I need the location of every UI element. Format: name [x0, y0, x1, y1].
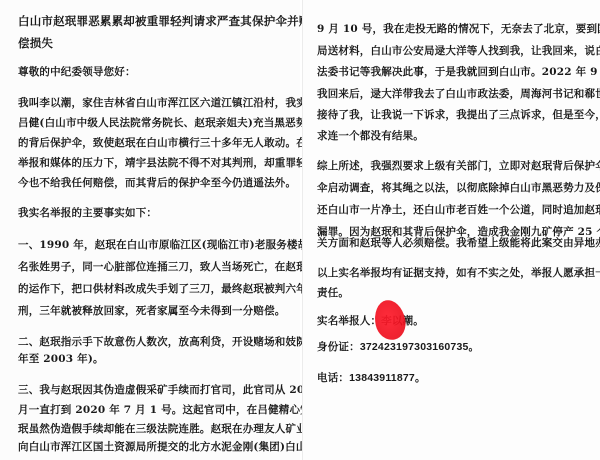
fact1-line: 名张姓男子，同一心脏部位连捅三刀，致人当场死亡，在赵珉保护伞	[18, 257, 339, 277]
para2-line: 伞启动调查，将其绳之以法，以彻底除掉白山市黑恶势力及保护伞，	[317, 178, 600, 198]
para2-line: 关方面和赵珉等人必须赔偿。我希望上级能将此案交由异地办理。	[317, 233, 600, 253]
signer-label: 实名举报人：	[317, 315, 381, 327]
letter-page-right: 9 月 10 号，我在走投无路的情况下，无奈去了北京，要到国家信访 局送材料，白…	[302, 0, 600, 460]
salutation: 尊敬的中纪委领导您好：	[18, 62, 136, 82]
fact3-line: 向白山市浑江区国土资源局所提交的北方水泥金刚(集团)白山水泥	[18, 437, 328, 457]
para1-line: 我回来后，逯大洋带我去了白山市政法委，周海河书记和郗世良书记	[317, 84, 600, 104]
intro-line: 吕健(白山市中级人民法院常务院长、赵珉亲姐夫)充当黑恶势力赵珉	[18, 113, 339, 133]
facts-heading: 我实名举报的主要事实如下：	[18, 203, 157, 223]
para3-line: 以上实名举报均有证据支持，如有不实之处，举报人愿承担一切法律	[317, 263, 600, 283]
phone-label: 电话：	[317, 372, 349, 384]
intro-line: 举报和媒体的压力下，靖宇县法院不得不对其判刑，却重罪轻判，至	[18, 153, 339, 173]
letter-page-left: 白山市赵珉罪恶累累却被重罪轻判请求严查其保护伞并赔 偿损失 尊敬的中纪委领导您好…	[0, 0, 300, 460]
para1-line: 9 月 10 号，我在走投无路的情况下，无奈去了北京，要到国家信访	[317, 19, 600, 39]
id-value: 372423197303160735。	[360, 341, 479, 353]
para1-line: 法委书记等我解决此事，于是我就回到白山市。2022 年 9 月 23 日，	[317, 62, 600, 82]
intro-line: 今也不给我任何赔偿，而其背后的保护伞至今仍逍遥法外。	[18, 173, 296, 193]
para2-line: 综上所述，我强烈要求上级有关部门，立即对赵珉背后保护伞及伞中	[317, 156, 600, 176]
letter-title-line1: 白山市赵珉罪恶累累却被重罪轻判请求严查其保护伞并赔	[18, 10, 311, 32]
signer-line: 实名举报人：李以潮。	[317, 311, 424, 331]
para2-line: 还白山市一片净土，还白山市老百姓一个公道，同时追加赵珉的所有	[317, 200, 600, 220]
fact1-line: 刑，三年就被释放回家，死者家属至今未得到一分赔偿。	[18, 301, 286, 321]
para1-line: 局送材料，白山市公安局逯大洋等人找到我，让我回来，说白山市政	[317, 41, 600, 61]
para1-line: 接待了我，让我说一下诉求，我提出了三点诉求，但是至今，我的诉	[317, 105, 600, 125]
id-line: 身份证：372423197303160735。	[317, 337, 479, 357]
phone-value: 13843911877。	[349, 372, 426, 384]
letter-title-line2: 偿损失	[18, 32, 53, 54]
fact1-line: 的运作下，把口供材料改成失手划了三刀，最终赵珉被判六年有期徒	[18, 279, 339, 299]
phone-line: 电话：13843911877。	[317, 368, 426, 388]
para3-line: 责任。	[317, 283, 349, 303]
fact2-line: 年至 2003 年)。	[18, 349, 104, 369]
intro-line: 我叫李以潮，家住吉林省白山市浑江区六道江镇江沿村，我实名举报	[18, 93, 339, 113]
para1-line: 求连一个都没有结果。	[317, 126, 424, 146]
intro-line: 的背后保护伞，致使赵珉在白山市横行三十多年无人敢动。在我不断	[18, 133, 339, 153]
fact3-line: 珉虽然伪造假手续却能在三级法院连胜。赵珉在办理友人矿业手续时，	[18, 419, 350, 439]
id-label: 身份证：	[317, 341, 360, 353]
